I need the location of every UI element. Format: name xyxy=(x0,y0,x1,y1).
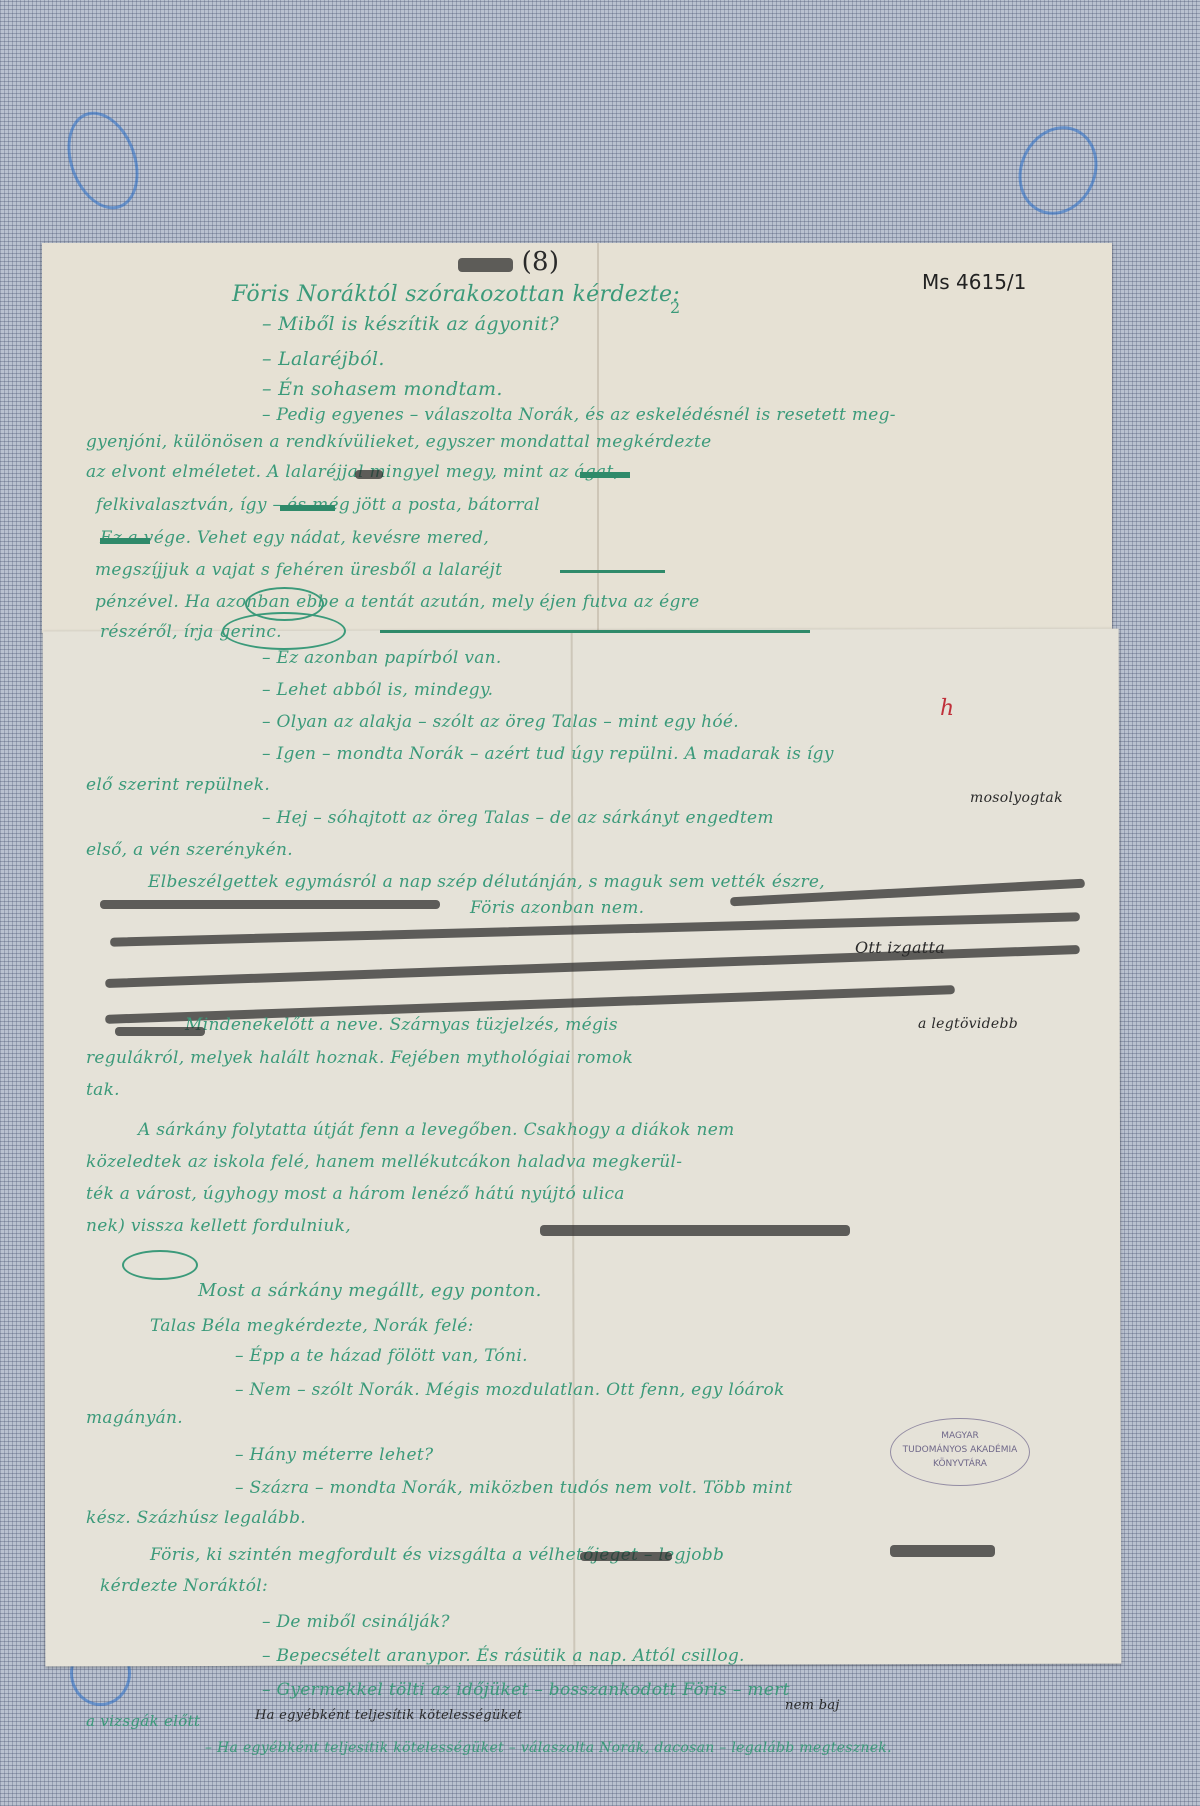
manuscript-line: ték a várost, úgyhogy most a három lenéz… xyxy=(86,1184,625,1204)
ink-strikethrough xyxy=(280,505,335,511)
paper-fold xyxy=(571,630,576,1665)
manuscript-line: – Gyermekkel tölti az időjüket – bosszan… xyxy=(262,1680,790,1700)
manuscript-line: – Ez azonban papírból van. xyxy=(262,648,502,668)
manuscript-line: Elbeszélgettek egymásról a nap szép délu… xyxy=(148,872,825,892)
manuscript-line: A sárkány folytatta útját fenn a levegőb… xyxy=(138,1120,735,1140)
manuscript-line: magányán. xyxy=(86,1408,183,1428)
manuscript-line: nek) vissza kellett fordulniuk, xyxy=(86,1216,351,1236)
pencil-strikethrough xyxy=(580,1552,672,1561)
ink-strikethrough xyxy=(380,630,810,633)
manuscript-line: Talas Béla megkérdezte, Norák felé: xyxy=(150,1316,474,1336)
manuscript-line: – Hány méterre lehet? xyxy=(235,1445,433,1465)
manuscript-line: kész. Százhúsz legalább. xyxy=(86,1508,306,1528)
ink-strikethrough xyxy=(560,570,665,573)
blue-crayon-mark-left xyxy=(55,102,152,219)
pencil-strikethrough xyxy=(100,900,440,909)
pencil-strikethrough xyxy=(540,1225,850,1236)
ink-strikethrough xyxy=(100,538,150,544)
manuscript-line: kérdezte Noráktól: xyxy=(100,1576,268,1596)
shelfmark: Ms 4615/1 xyxy=(922,270,1026,294)
manuscript-line: Ez a vége. Vehet egy nádat, kevésre mere… xyxy=(100,528,489,548)
superscript-note: 2 xyxy=(670,298,680,317)
manuscript-line: – Olyan az alakja – szólt az öreg Talas … xyxy=(262,712,739,732)
manuscript-line: – Lehet abból is, mindegy. xyxy=(262,680,493,700)
manuscript-line: Föris azonban nem. xyxy=(470,898,644,918)
circled-text xyxy=(222,612,346,650)
manuscript-line: – Én sohasem mondtam. xyxy=(262,378,503,400)
manuscript-line: elő szerint repülnek. xyxy=(86,775,270,795)
manuscript-line: – Épp a te házad fölött van, Tóni. xyxy=(235,1346,528,1366)
red-correction: h xyxy=(940,696,954,721)
manuscript-line: megszíjjuk a vajat s fehéren üresből a l… xyxy=(95,560,502,580)
pencil-annotation: mosolyogtak xyxy=(970,790,1063,806)
pencil-annotation: nem baj xyxy=(785,1698,840,1713)
manuscript-line: – Ha egyébként teljesítik kötelességüket… xyxy=(205,1740,892,1756)
pencil-strikethrough xyxy=(115,1027,205,1036)
manuscript-line: Föris Noráktól szórakozottan kérdezte: xyxy=(232,282,680,307)
manuscript-line: a vizsgák előtt xyxy=(86,1712,200,1730)
manuscript-line: regulákról, melyek halált hoznak. Fejébe… xyxy=(86,1048,633,1068)
manuscript-line: pénzével. Ha azonban ebbe a tentát azutá… xyxy=(95,592,699,612)
library-stamp: MAGYAR TUDOMÁNYOS AKADÉMIA KÖNYVTÁRA xyxy=(890,1418,1030,1486)
manuscript-line: – Bepecsételt aranypor. És rásütik a nap… xyxy=(262,1646,745,1666)
pencil-annotation: Ha egyébként teljesítik kötelességüket xyxy=(255,1708,522,1723)
ink-strikethrough xyxy=(580,472,630,478)
manuscript-line: Most a sárkány megállt, egy ponton. xyxy=(198,1280,542,1301)
manuscript-line: – Miből is készítik az ágyonit? xyxy=(262,313,559,335)
manuscript-line: gyenjóni, különösen a rendkívülieket, eg… xyxy=(86,432,711,452)
manuscript-line: – Lalaréjból. xyxy=(262,348,385,370)
manuscript-line: – Nem – szólt Norák. Mégis mozdulatlan. … xyxy=(235,1380,785,1400)
manuscript-line: Mindenekelőtt a neve. Szárnyas tüzjelzés… xyxy=(185,1015,618,1035)
pencil-strikethrough xyxy=(890,1545,995,1557)
blue-crayon-mark-right xyxy=(1004,113,1111,228)
manuscript-line: tak. xyxy=(86,1080,120,1100)
manuscript-line: közeledtek az iskola felé, hanem melléku… xyxy=(86,1152,682,1172)
manuscript-line: első, a vén szerénykén. xyxy=(86,840,293,860)
circled-text xyxy=(122,1250,198,1280)
manuscript-line: – Hej – sóhajtott az öreg Talas – de az … xyxy=(262,808,774,828)
pencil-strikethrough xyxy=(355,470,383,479)
manuscript-line: – Igen – mondta Norák – azért tud úgy re… xyxy=(262,744,834,764)
pencil-annotation: Ott izgatta xyxy=(855,938,945,957)
manuscript-line: – Pedig egyenes – válaszolta Norák, és a… xyxy=(262,405,896,425)
manuscript-line: – De miből csinálják? xyxy=(262,1612,450,1632)
pencil-annotation: a legtövidebb xyxy=(918,1016,1018,1032)
manuscript-line: az elvont elméletet. A lalaréjjal mingye… xyxy=(86,462,619,482)
page-number-mark: (8) xyxy=(458,247,559,277)
manuscript-line: – Százra – mondta Norák, miközben tudós … xyxy=(235,1478,792,1498)
